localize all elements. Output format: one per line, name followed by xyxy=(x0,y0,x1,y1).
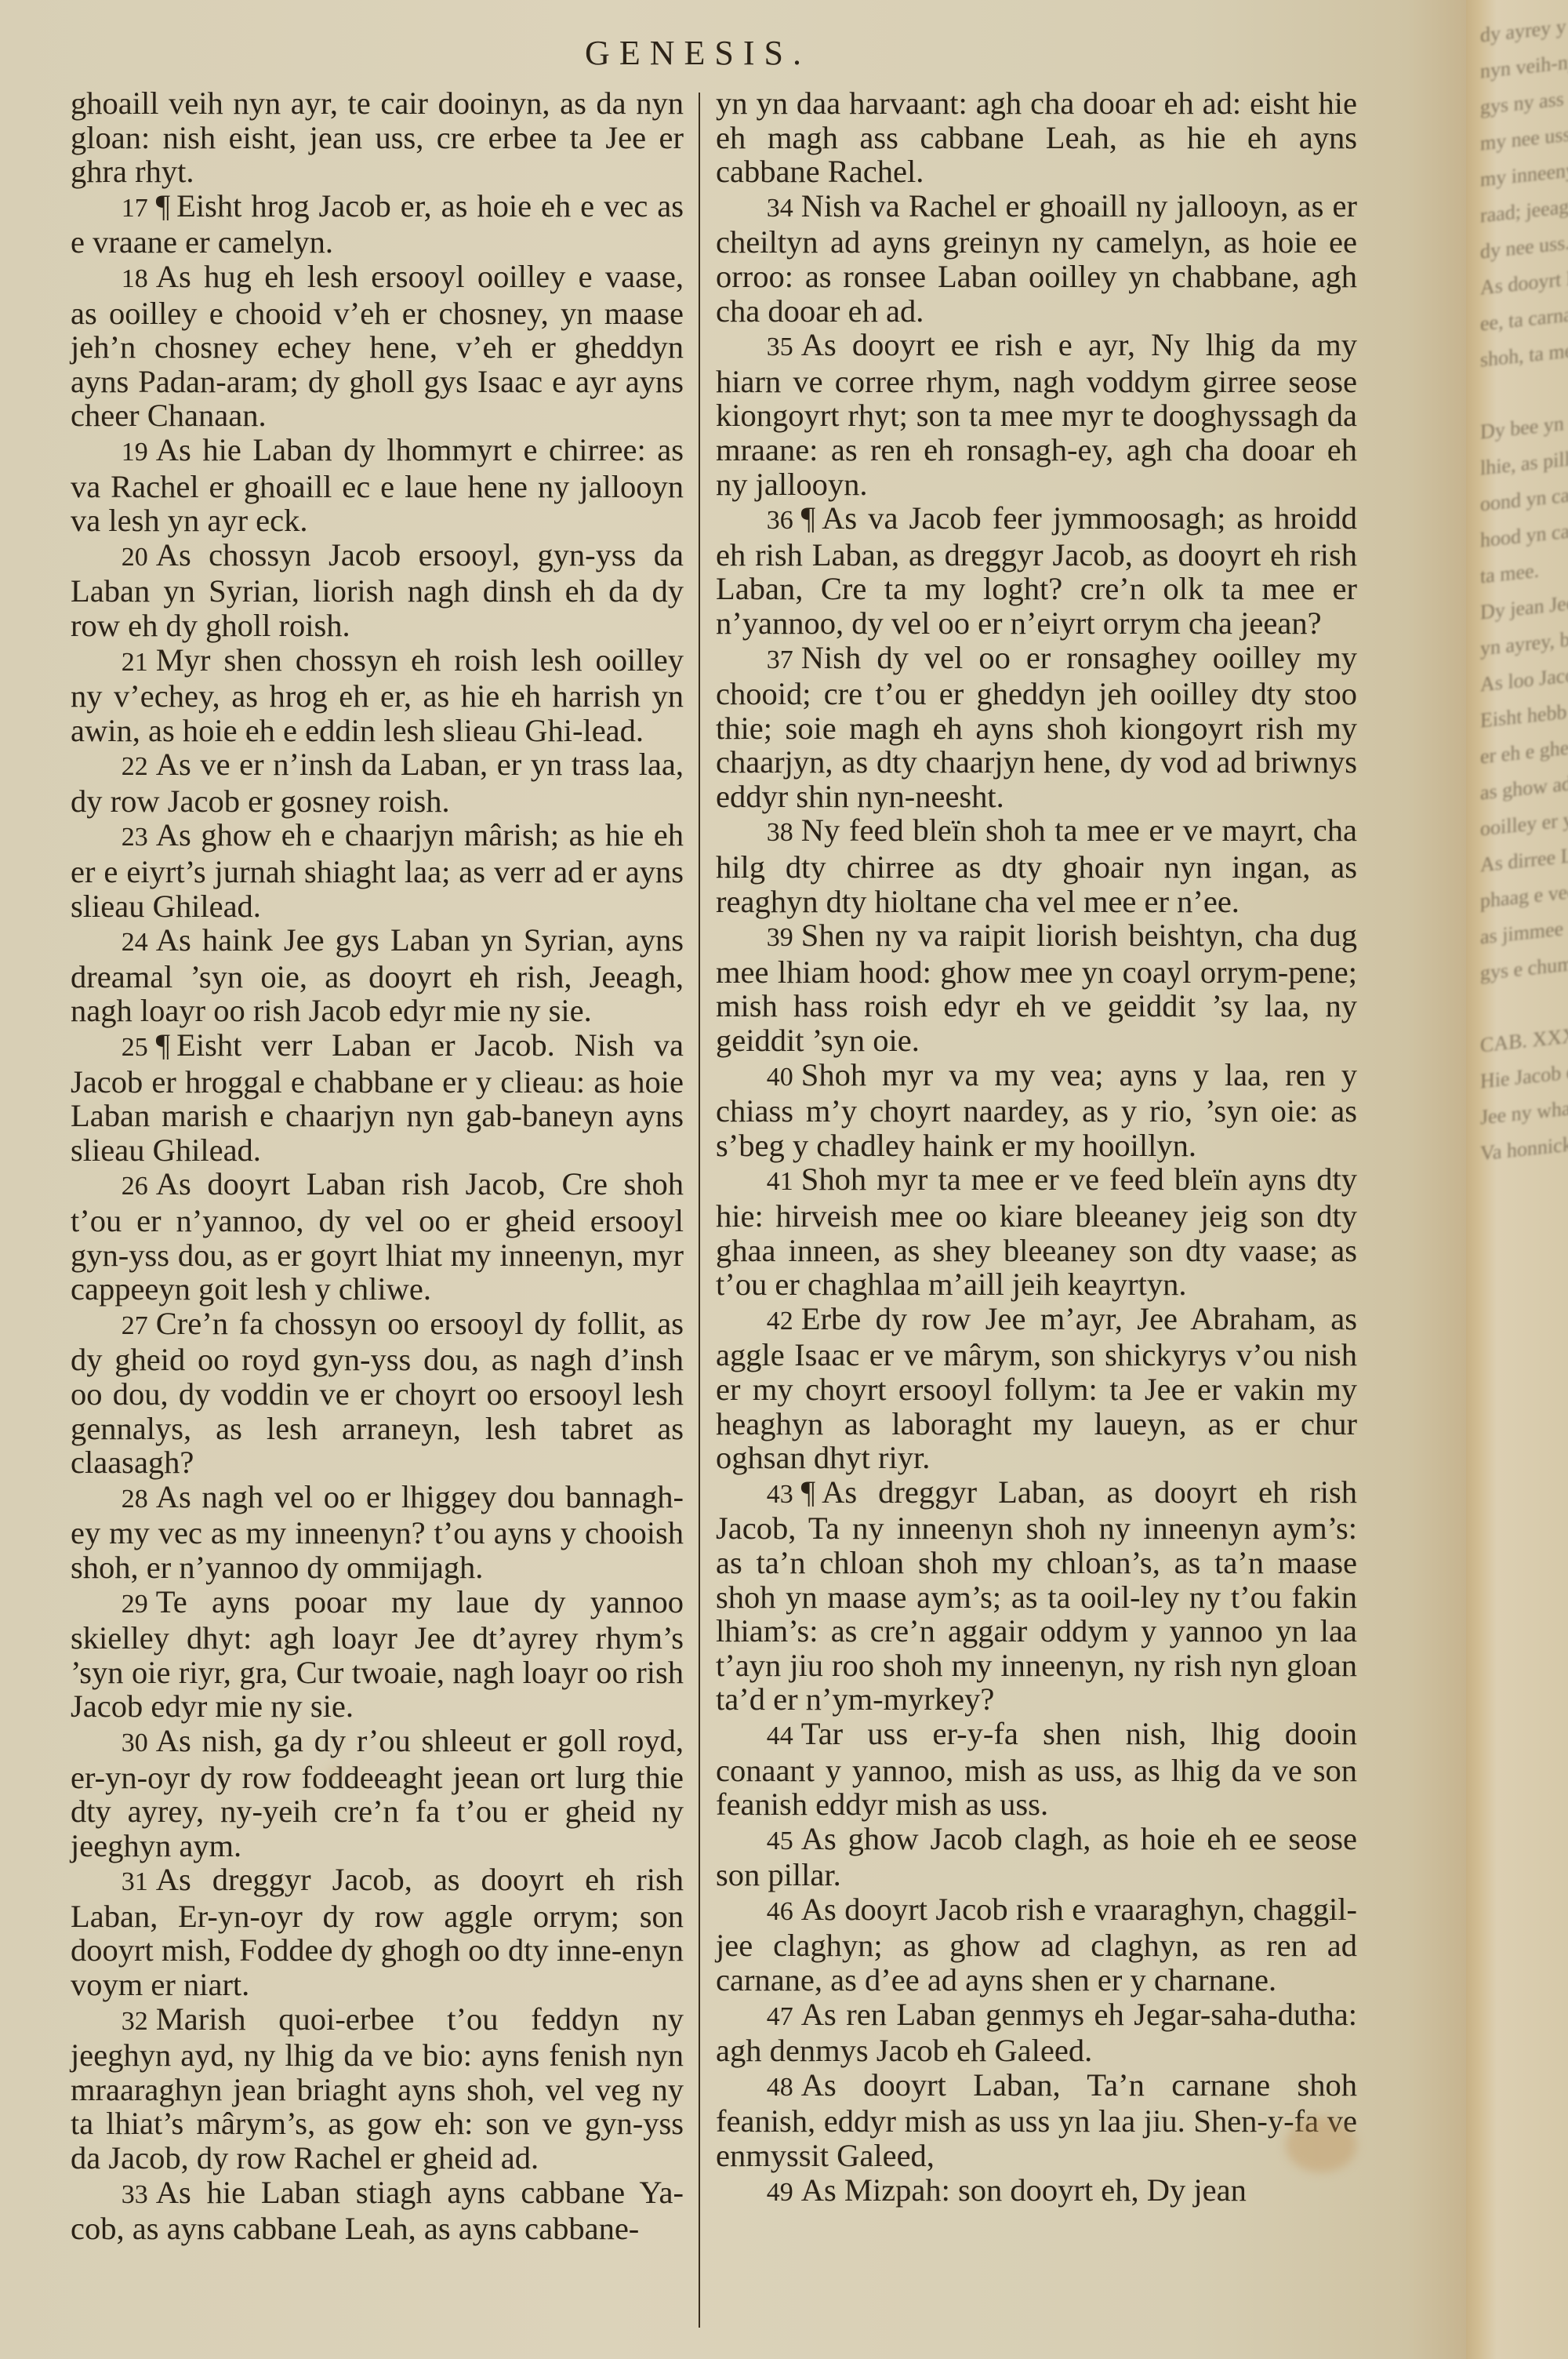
verse-continuation: yn yn daa harvaant: agh cha dooar eh ad:… xyxy=(716,86,1357,189)
verse-36: 36¶As va Jacob feer jymmoosagh; as hroid… xyxy=(716,501,1357,640)
verse-number: 20 xyxy=(122,543,148,572)
verse-text: As dreggyr Jacob, as dooyrt eh rish Laba… xyxy=(71,1862,684,2002)
verse-48: 48As dooyrt Laban, Ta’n carnane shoh fea… xyxy=(716,2068,1357,2173)
verse-number: 19 xyxy=(122,438,148,467)
facing-page-line: hood yn carnane as ... xyxy=(1480,512,1568,552)
verse-28: 28As nagh vel oo er lhiggey dou bannagh-… xyxy=(71,1480,684,1585)
verse-text: ghoaill veih nyn ayr, te cair dooinyn, a… xyxy=(71,85,684,189)
facing-page-line: gys e chummal hene. xyxy=(1480,945,1568,985)
verse-number: 48 xyxy=(767,2073,793,2102)
verse-text: As ghow Jacob clagh, as hoie eh ee seose… xyxy=(716,1821,1357,1893)
verse-text: As nagh vel oo er lhiggey dou bannagh-ey… xyxy=(71,1479,684,1585)
verse-text: Nish va Rachel er ghoaill ny jallooyn, a… xyxy=(716,188,1357,329)
verse-text: As chossyn Jacob ersooyl, gyn-yss da Lab… xyxy=(71,537,684,643)
facing-page-line: ooilley er y chronk. xyxy=(1480,801,1568,841)
facing-page-line xyxy=(1480,368,1568,408)
facing-page-line: my nee uss ... xyxy=(1480,115,1568,155)
verse-number: 30 xyxy=(122,1728,148,1757)
verse-40: 40Shoh myr va my vea; ayns y laa, ren y … xyxy=(716,1058,1357,1163)
verse-number: 22 xyxy=(122,752,148,781)
verse-text: Shoh myr ta mee er ve feed bleïn ayns dt… xyxy=(716,1161,1357,1302)
facing-page-line: as jimmee Laban roish ... xyxy=(1480,909,1568,949)
facing-page-line: As dooyrt Laban rish ... xyxy=(1480,260,1568,300)
verse-text: Myr shen chossyn eh roish lesh ooilley n… xyxy=(71,642,684,748)
verse-32: 32Marish quoi-erbee t’ou feddyn ny jeegh… xyxy=(71,2002,684,2175)
facing-page-line: er eh e gheiney-mooinjer ... xyxy=(1480,729,1568,769)
verse-number: 42 xyxy=(767,1307,793,1336)
foxing-stain xyxy=(329,1768,340,1779)
facing-page-line: phaag e vec as e inneenyn ... xyxy=(1480,873,1568,913)
verse-continuation: ghoaill veih nyn ayr, te cair dooinyn, a… xyxy=(71,86,684,189)
facing-page-line: CAB. XXXII. xyxy=(1480,1017,1568,1057)
verse-number: 31 xyxy=(122,1867,148,1896)
verse-text: As dooyrt Laban, Ta’n carnane shoh feani… xyxy=(716,2067,1357,2173)
facing-page-line xyxy=(1480,981,1568,1021)
verse-number: 29 xyxy=(122,1590,148,1619)
verse-number: 46 xyxy=(767,1897,793,1926)
verse-43: 43¶As dreggyr Laban, as dooyrt eh rish J… xyxy=(716,1475,1357,1717)
verse-text: As hie Laban stiagh ayns cabbane Ya-cob,… xyxy=(71,2175,684,2247)
verse-38: 38Ny feed bleïn shoh ta mee er ve mayrt,… xyxy=(716,813,1357,918)
verse-35: 35As dooyrt ee rish e ayr, Ny lhig da my… xyxy=(716,328,1357,501)
verse-text: Nish dy vel oo er ronsaghey ooilley my c… xyxy=(716,640,1357,814)
facing-page-edge: dy ayrey y ...nyn veih-ny-chiolley...gys… xyxy=(1466,0,1568,2359)
facing-page-text: dy ayrey y ...nyn veih-ny-chiolley...gys… xyxy=(1480,0,1568,1166)
verse-24: 24As haink Jee gys Laban yn Syrian, ayns… xyxy=(71,923,684,1028)
facing-page-line: Hie Jacob er e raad ... xyxy=(1480,1053,1568,1093)
facing-page-line: Va honnick Jacob ... xyxy=(1480,1125,1568,1165)
verse-34: 34Nish va Rachel er ghoaill ny jallooyn,… xyxy=(716,189,1357,328)
right-column: yn yn daa harvaant: agh cha dooar eh ad:… xyxy=(716,86,1357,2209)
verse-number: 27 xyxy=(122,1311,148,1340)
verse-number: 44 xyxy=(767,1721,793,1750)
facing-page-line: lhie, as pillar shoh my ... xyxy=(1480,440,1568,480)
verse-text: Shoh myr va my vea; ayns y laa, ren y ch… xyxy=(716,1057,1357,1163)
verse-30: 30As nish, ga dy r’ou shleeut er goll ro… xyxy=(71,1724,684,1863)
book-page: GENESIS. ghoaill veih nyn ayr, te cair d… xyxy=(0,0,1482,2359)
pilcrow-icon: ¶ xyxy=(156,1027,170,1063)
verse-text: As ve er n’insh da Laban, er yn trass la… xyxy=(71,747,684,819)
verse-text: As ren Laban genmys eh Jegar-saha-dutha:… xyxy=(716,1997,1357,2069)
verse-number: 35 xyxy=(767,333,793,362)
facing-page-line: raad; jeeagh royd, ta ... xyxy=(1480,187,1568,227)
facing-page-line: ta mee. xyxy=(1480,548,1568,588)
verse-text: As nish, ga dy r’ou shleeut er goll royd… xyxy=(71,1723,684,1863)
verse-21: 21Myr shen chossyn eh roish lesh ooilley… xyxy=(71,643,684,748)
verse-text: As ghow eh e chaarjyn mârish; as hie eh … xyxy=(71,817,684,923)
verse-22: 22As ve er n’insh da Laban, er yn trass … xyxy=(71,747,684,818)
verse-number: 24 xyxy=(122,928,148,957)
facing-page-line: ee, ta carnane shoh, ... xyxy=(1480,296,1568,336)
verse-number: 37 xyxy=(767,645,793,674)
verse-number: 34 xyxy=(767,194,793,223)
facing-page-line: As loo Jacob ayns aggle e ayr Isaac. xyxy=(1480,656,1568,696)
verse-text: As Mizpah: son dooyrt eh, Dy jean xyxy=(801,2172,1247,2208)
facing-page-line: shoh, ta mee er hoiagh ... xyxy=(1480,332,1568,372)
facing-page-line: dy nee uss. xyxy=(1480,224,1568,264)
facing-page-line: as ghow ad beaghey ... xyxy=(1480,765,1568,805)
verse-49: 49As Mizpah: son dooyrt eh, Dy jean xyxy=(716,2173,1357,2210)
verse-number: 21 xyxy=(122,648,148,677)
verse-text: As dooyrt Laban rish Jacob, Cre shoh t’o… xyxy=(71,1166,684,1307)
verse-text: As dooyrt ee rish e ayr, Ny lhig da my h… xyxy=(716,327,1357,501)
verse-number: 17 xyxy=(122,194,148,223)
verse-45: 45As ghow Jacob clagh, as hoie eh ee seo… xyxy=(716,1822,1357,1892)
verse-number: 18 xyxy=(122,264,148,293)
verse-number: 32 xyxy=(122,2007,148,2036)
facing-page-line: Dy jean Jee Abraham ... xyxy=(1480,584,1568,624)
facing-page-line: nyn veih-ny-chiolley... xyxy=(1480,43,1568,83)
verse-17: 17¶Eisht hrog Jacob er, as hoie eh e vec… xyxy=(71,189,684,260)
verse-text: Marish quoi-erbee t’ou feddyn ny jeeghyn… xyxy=(71,2001,684,2175)
verse-number: 41 xyxy=(767,1167,793,1196)
verse-text: As haink Jee gys Laban yn Syrian, ayns d… xyxy=(71,922,684,1028)
verse-23: 23As ghow eh e chaarjyn mârish; as hie e… xyxy=(71,818,684,923)
verse-number: 40 xyxy=(767,1063,793,1092)
verse-number: 25 xyxy=(122,1033,148,1062)
facing-page-line: my inneenyn, cha vel ... xyxy=(1480,151,1568,191)
verse-text: Te ayns pooar my laue dy yannoo skielley… xyxy=(71,1584,684,1725)
pilcrow-icon: ¶ xyxy=(801,500,815,536)
facing-page-line: gys ny ass dragh ... xyxy=(1480,79,1568,119)
pilcrow-icon: ¶ xyxy=(801,1474,815,1510)
foxing-stain xyxy=(1286,2117,1356,2172)
verse-number: 36 xyxy=(767,506,793,535)
verse-text: Ny feed bleïn shoh ta mee er ve mayrt, c… xyxy=(716,812,1357,918)
verse-37: 37Nish dy vel oo er ronsaghey ooilley my… xyxy=(716,641,1357,814)
verse-text: yn yn daa harvaant: agh cha dooar eh ad:… xyxy=(716,85,1357,189)
verse-number: 26 xyxy=(122,1172,148,1201)
verse-number: 39 xyxy=(767,923,793,952)
verse-text: Tar uss er-y-fa shen nish, lhig dooin co… xyxy=(716,1716,1357,1822)
verse-text: Cre’n fa chossyn oo ersooyl dy follit, a… xyxy=(71,1306,684,1480)
verse-text: As hug eh lesh ersooyl ooilley e vaase, … xyxy=(71,259,684,433)
verse-number: 45 xyxy=(767,1826,793,1856)
verse-42: 42Erbe dy row Jee m’ayr, Jee Abraham, as… xyxy=(716,1302,1357,1475)
verse-41: 41Shoh myr ta mee er ve feed bleïn ayns … xyxy=(716,1162,1357,1301)
verse-46: 46As dooyrt Jacob rish e vraaraghyn, cha… xyxy=(716,1892,1357,1997)
verse-number: 49 xyxy=(767,2178,793,2207)
verse-27: 27Cre’n fa chossyn oo ersooyl dy follit,… xyxy=(71,1307,684,1480)
verse-25: 25¶Eisht verr Laban er Jacob. Nish va Ja… xyxy=(71,1028,684,1167)
facing-page-line: yn ayrey, briwnys eddyr ... xyxy=(1480,620,1568,660)
facing-page-line: oond yn carnane shoh ... xyxy=(1480,476,1568,516)
facing-page-line: Dy bee yn carnane shoh ... xyxy=(1480,404,1568,444)
verse-44: 44Tar uss er-y-fa shen nish, lhig dooin … xyxy=(716,1717,1357,1822)
verse-number: 28 xyxy=(122,1485,148,1514)
verse-39: 39Shen ny va raipit liorish beishtyn, ch… xyxy=(716,918,1357,1057)
verse-33: 33As hie Laban stiagh ayns cabbane Ya-co… xyxy=(71,2175,684,2246)
verse-26: 26As dooyrt Laban rish Jacob, Cre shoh t… xyxy=(71,1167,684,1306)
verse-text: As dooyrt Jacob rish e vraaraghyn, chagg… xyxy=(716,1892,1357,1997)
running-head: GENESIS. xyxy=(0,33,1396,73)
verse-text: As hie Laban dy lhommyrt e chirree: as v… xyxy=(71,432,684,538)
verse-number: 43 xyxy=(767,1480,793,1509)
verse-number: 23 xyxy=(122,823,148,852)
verse-19: 19As hie Laban dy lhommyrt e chirree: as… xyxy=(71,433,684,538)
facing-page-line: As dirree Laban seose ... xyxy=(1480,837,1568,877)
pilcrow-icon: ¶ xyxy=(156,188,170,224)
verse-47: 47As ren Laban genmys eh Jegar-saha-duth… xyxy=(716,1997,1357,2068)
facing-page-line: Jee ny whail. xyxy=(1480,1089,1568,1129)
verse-number: 38 xyxy=(767,818,793,847)
left-column: ghoaill veih nyn ayr, te cair dooinyn, a… xyxy=(71,86,684,2246)
column-rule xyxy=(699,93,700,2328)
verse-18: 18As hug eh lesh ersooyl ooilley e vaase… xyxy=(71,260,684,433)
verse-20: 20As chossyn Jacob ersooyl, gyn-yss da L… xyxy=(71,538,684,643)
verse-text: Erbe dy row Jee m’ayr, Jee Abraham, as a… xyxy=(716,1301,1357,1475)
facing-page-line: Eisht hebb Jacob oural ... xyxy=(1480,692,1568,732)
verse-29: 29Te ayns pooar my laue dy yannoo skiell… xyxy=(71,1585,684,1724)
verse-number: 47 xyxy=(767,2002,793,2031)
facing-page-line: dy ayrey y ... xyxy=(1480,7,1568,47)
verse-number: 33 xyxy=(122,2180,148,2209)
verse-31: 31As dreggyr Jacob, as dooyrt eh rish La… xyxy=(71,1863,684,2001)
verse-text: Shen ny va raipit liorish beishtyn, cha … xyxy=(716,918,1357,1058)
verse-text: As dreggyr Laban, as dooyrt eh rish Jaco… xyxy=(716,1474,1357,1717)
